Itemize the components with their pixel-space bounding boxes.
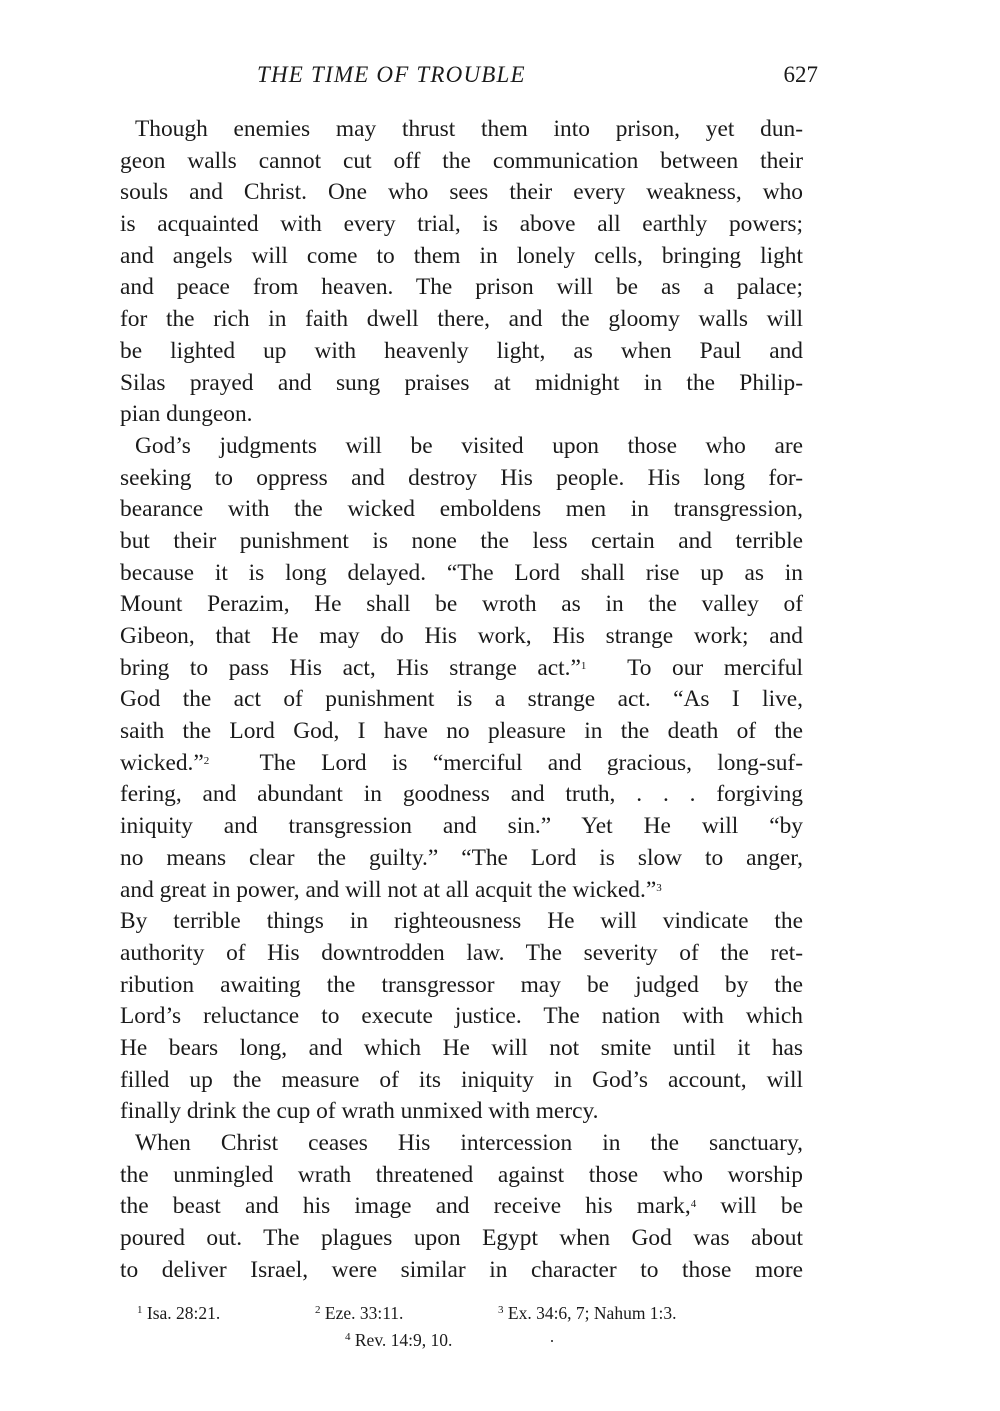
text-line: poured out. The plagues upon Egypt when …	[120, 1223, 803, 1255]
text-fragment: will be	[696, 1193, 803, 1219]
text-line: He bears long, and which He will not smi…	[120, 1033, 803, 1065]
text-line: geon walls cannot cut off the communicat…	[120, 146, 803, 178]
text-line: God the act of punishment is a strange a…	[120, 684, 803, 716]
text-line: and angels will come to them in lonely c…	[120, 241, 803, 273]
text-line: fering, and abundant in goodness and tru…	[120, 779, 803, 811]
text-line: but their punishment is none the less ce…	[120, 526, 803, 558]
body-text: Though enemies may thrust them into pris…	[120, 114, 803, 1286]
footnote-row-1: 1 Isa. 28:21. 2 Eze. 33:11. 3 Ex. 34:6, …	[120, 1300, 803, 1327]
footnote-marker: 3	[656, 882, 662, 894]
text-line: Though enemies may thrust them into pris…	[120, 114, 803, 146]
footnote-reference: Ex. 34:6, 7; Nahum 1:3.	[508, 1303, 677, 1323]
text-line-with-footnote: the beast and his image and receive his …	[120, 1191, 803, 1223]
footnote-marker: 2	[315, 1304, 321, 1316]
text-line: seeking to oppress and destroy His peopl…	[120, 463, 803, 495]
text-line: pian dungeon.	[120, 399, 803, 431]
text-fragment: the beast and his image and receive his …	[120, 1193, 691, 1219]
text-fragment: bring to pass His act, His strange act.”	[120, 655, 581, 681]
paragraph-3: When Christ ceases His intercession in t…	[120, 1128, 803, 1286]
text-fragment: To our merciful	[586, 655, 803, 681]
book-page: THE TIME OF TROUBLE 627 Though enemies m…	[0, 0, 1000, 1411]
text-fragment: wicked.”	[120, 750, 204, 776]
footnote-reference: Eze. 33:11.	[325, 1303, 404, 1323]
text-line-with-footnote: and great in power, and will not at all …	[120, 875, 803, 907]
text-line: Lord’s reluctance to execute justice. Th…	[120, 1001, 803, 1033]
text-line: and peace from heaven. The prison will b…	[120, 272, 803, 304]
footnote-marker: 1	[137, 1304, 143, 1316]
footnote-marker: 3	[498, 1304, 504, 1316]
footnote-row-2: 4 Rev. 14:9, 10.	[120, 1327, 803, 1354]
text-line: Silas prayed and sung praises at midnigh…	[120, 368, 803, 400]
text-line: is acquainted with every trial, is above…	[120, 209, 803, 241]
footnotes: 1 Isa. 28:21. 2 Eze. 33:11. 3 Ex. 34:6, …	[120, 1300, 803, 1354]
running-title: THE TIME OF TROUBLE	[257, 62, 526, 88]
text-line: God’s judgments will be visited upon tho…	[120, 431, 803, 463]
text-line: saith the Lord God, I have no pleasure i…	[120, 716, 803, 748]
text-line: authority of His downtrodden law. The se…	[120, 938, 803, 970]
footnote-3: 3 Ex. 34:6, 7; Nahum 1:3.	[498, 1300, 677, 1327]
text-line: Gibeon, that He may do His work, His str…	[120, 621, 803, 653]
text-line-with-footnote: wicked.”2 The Lord is “merciful and grac…	[120, 748, 803, 780]
text-line: be lighted up with heavenly light, as wh…	[120, 336, 803, 368]
footnote-2: 2 Eze. 33:11.	[315, 1300, 403, 1327]
footnote-4: 4 Rev. 14:9, 10.	[345, 1327, 452, 1354]
text-line: When Christ ceases His intercession in t…	[120, 1128, 803, 1160]
text-line-with-footnote: bring to pass His act, His strange act.”…	[120, 653, 803, 685]
text-line: ribution awaiting the transgressor may b…	[120, 970, 803, 1002]
text-line: for the rich in faith dwell there, and t…	[120, 304, 803, 336]
text-line: the unmingled wrath threatened against t…	[120, 1160, 803, 1192]
text-line: to deliver Israel, were similar in chara…	[120, 1255, 803, 1287]
paragraph-1: Though enemies may thrust them into pris…	[120, 114, 803, 431]
text-line: no means clear the guilty.” “The Lord is…	[120, 843, 803, 875]
paragraph-2: God’s judgments will be visited upon tho…	[120, 431, 803, 1128]
text-line: By terrible things in righteousness He w…	[120, 906, 803, 938]
text-fragment: and great in power, and will not at all …	[120, 877, 656, 903]
text-line: iniquity and transgression and sin.” Yet…	[120, 811, 803, 843]
scan-speck	[551, 1340, 553, 1342]
footnote-1: 1 Isa. 28:21.	[137, 1300, 220, 1327]
text-line: finally drink the cup of wrath unmixed w…	[120, 1096, 803, 1128]
text-line: because it is long delayed. “The Lord sh…	[120, 558, 803, 590]
text-fragment: The Lord is “merciful and gracious, long…	[209, 750, 803, 776]
page-number: 627	[784, 62, 819, 88]
running-head: THE TIME OF TROUBLE 627	[120, 62, 820, 96]
footnote-marker: 4	[345, 1331, 351, 1343]
text-line: filled up the measure of its iniquity in…	[120, 1065, 803, 1097]
footnote-reference: Isa. 28:21.	[147, 1303, 220, 1323]
text-line: souls and Christ. One who sees their eve…	[120, 177, 803, 209]
text-line: Mount Perazim, He shall be wroth as in t…	[120, 589, 803, 621]
text-line: bearance with the wicked emboldens men i…	[120, 494, 803, 526]
footnote-reference: Rev. 14:9, 10.	[355, 1330, 453, 1350]
